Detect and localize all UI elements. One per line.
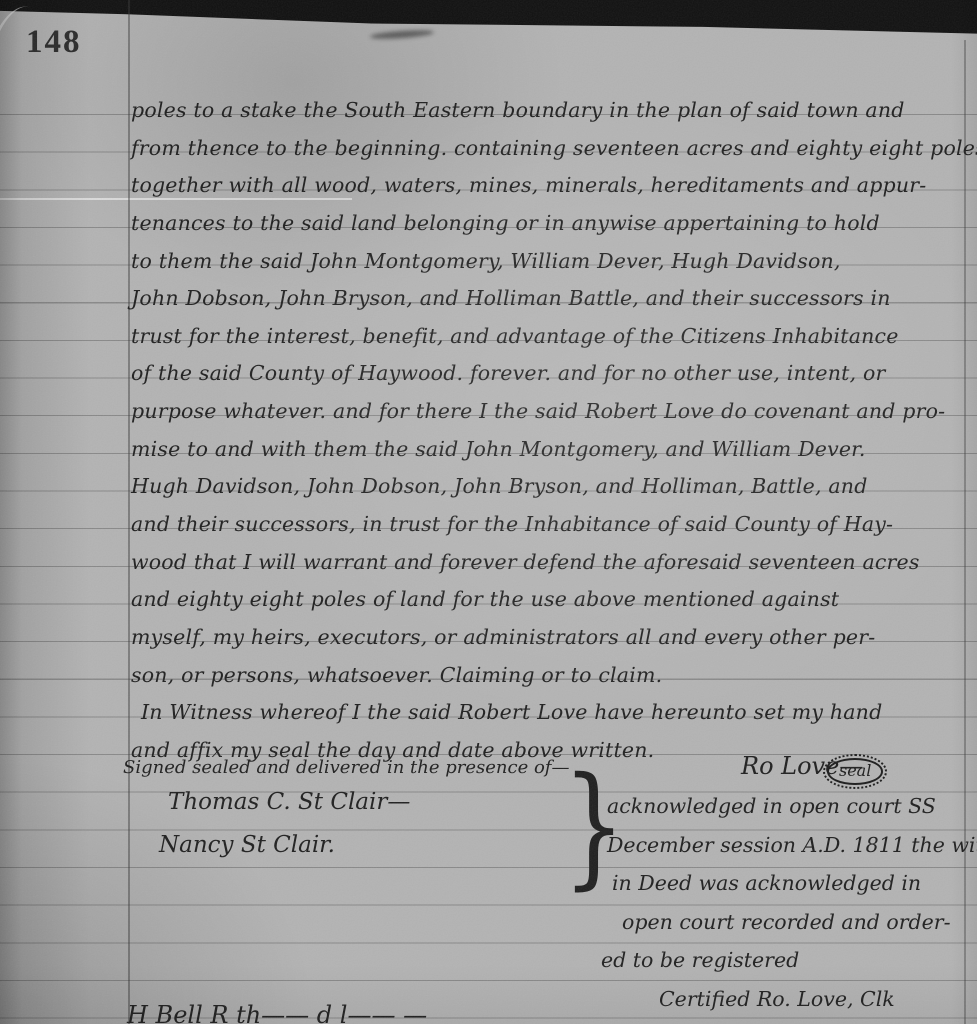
handwritten-line: myself, my heirs, executors, or administ… (131, 619, 973, 657)
handwritten-line: trust for the interest, benefit, and adv… (131, 318, 973, 356)
acknowledgment-line: December session A.D. 1811 the with- (607, 826, 977, 865)
handwritten-line: of the said County of Haywood. forever. … (131, 355, 973, 393)
deed-body-text: poles to a stake the South Eastern bound… (131, 92, 973, 770)
handwritten-line: and eighty eight poles of land for the u… (131, 581, 973, 619)
handwritten-line: together with all wood, waters, mines, m… (131, 167, 973, 205)
handwritten-line: son, or persons, whatsoever. Claiming or… (131, 657, 973, 695)
handwritten-line: poles to a stake the South Eastern bound… (131, 92, 973, 130)
left-margin-line (128, 0, 130, 1024)
page-number: 148 (26, 24, 82, 61)
clerk-certification-line: Certified Ro. Love, Clk (659, 980, 977, 1019)
witness-signature: Nancy St Clair. (159, 832, 335, 858)
handwritten-line: wood that I will warrant and forever def… (131, 544, 973, 582)
court-acknowledgment: acknowledged in open court SS December s… (607, 787, 977, 1018)
ink-smudge (370, 29, 434, 40)
seal-stamp: seal (827, 758, 883, 785)
scan-top-black-edge (0, 0, 977, 42)
handwritten-line: and their successors, in trust for the I… (131, 506, 973, 544)
handwritten-line: from thence to the beginning. containing… (131, 130, 973, 168)
acknowledgment-line: acknowledged in open court SS (607, 787, 977, 826)
witness-signature: Thomas C. St Clair— (168, 789, 410, 815)
acknowledgment-line: ed to be registered (601, 941, 977, 980)
handwritten-line: Hugh Davidson, John Dobson, John Bryson,… (131, 468, 973, 506)
handwritten-line: In Witness whereof I the said Robert Lov… (131, 694, 973, 732)
handwritten-line: mise to and with them the said John Mont… (131, 431, 973, 469)
handwritten-line: John Dobson, John Bryson, and Holliman B… (131, 280, 973, 318)
handwritten-line: purpose whatever. and for there I the sa… (131, 393, 973, 431)
handwritten-line: tenances to the said land belonging or i… (131, 205, 973, 243)
acknowledgment-line: in Deed was acknowledged in (612, 864, 977, 903)
witness-attestation-line: Signed sealed and delivered in the prese… (123, 757, 569, 778)
handwritten-line: to them the said John Montgomery, Willia… (131, 243, 973, 281)
next-entry-partial-line: H Bell R th—— d l—— — (127, 1001, 427, 1024)
deed-book-page: 148 poles to a stake the South Eastern b… (0, 0, 977, 1024)
acknowledgment-line: open court recorded and order- (622, 903, 977, 942)
